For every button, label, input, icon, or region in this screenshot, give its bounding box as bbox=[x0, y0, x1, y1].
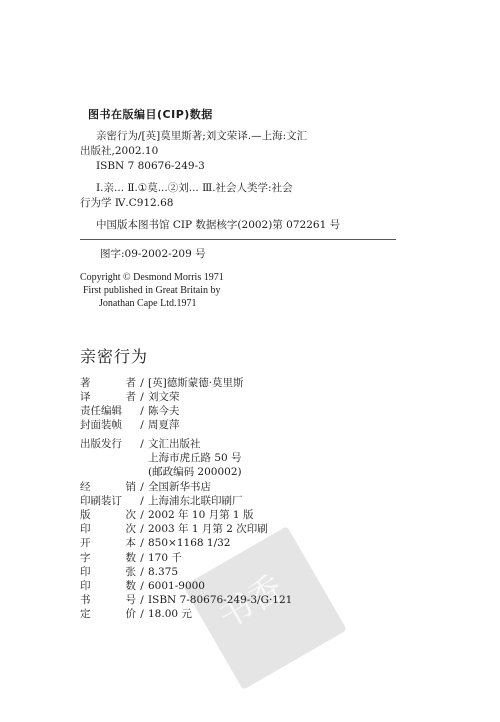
contract-number: 图字:09-2002-209 号 bbox=[100, 247, 206, 262]
detail-row: 印次/2003 年 1 月第 2 次印刷 bbox=[80, 522, 292, 536]
cip-line-2: 出版社,2002.10 bbox=[80, 144, 158, 159]
publisher-row: 出版发行/文汇出版社 bbox=[80, 437, 292, 451]
publisher-address: 上海市虎丘路 50 号 bbox=[80, 451, 292, 465]
divider-line bbox=[80, 239, 396, 240]
detail-row: 书号/ISBN 7-80676-249-3/G·121 bbox=[80, 593, 292, 607]
credit-row: 著者/[英]德斯蒙德·莫里斯 bbox=[80, 376, 244, 390]
cip-line-1: 亲密行为/[英]莫里斯著;刘文荣译.—上海:文汇 bbox=[96, 129, 307, 144]
credits-block: 著者/[英]德斯蒙德·莫里斯 译者/刘文荣 责任编辑/陈今夫 封面装帧/周夏萍 bbox=[80, 376, 244, 432]
detail-row: 印数/6001-9000 bbox=[80, 579, 292, 593]
publisher-label: 出版发行 bbox=[80, 437, 136, 451]
credit-value: [英]德斯蒙德·莫里斯 bbox=[148, 376, 244, 390]
credit-value: 刘文荣 bbox=[148, 390, 180, 404]
detail-row: 字数/170 千 bbox=[80, 551, 292, 565]
detail-row: 印刷装订/上海浦东北联印刷厂 bbox=[80, 494, 292, 508]
credit-label: 译者 bbox=[80, 390, 136, 404]
copyright-line-3: Jonathan Cape Ltd.1971 bbox=[99, 297, 196, 310]
copyright-line-2: First published in Great Britain by bbox=[83, 284, 221, 297]
credit-row: 译者/刘文荣 bbox=[80, 390, 244, 404]
detail-row: 版次/2002 年 10 月第 1 版 bbox=[80, 508, 292, 522]
credit-row: 责任编辑/陈今夫 bbox=[80, 404, 244, 418]
credit-value: 周夏萍 bbox=[148, 418, 180, 432]
cip-class-2: 行为学 Ⅳ.C912.68 bbox=[80, 196, 173, 211]
cip-class-1: Ⅰ.亲... Ⅱ.①莫...②刘... Ⅲ.社会人类学:社会 bbox=[96, 181, 293, 196]
book-title: 亲密行为 bbox=[80, 344, 148, 367]
cip-isbn: ISBN 7 80676-249-3 bbox=[96, 159, 205, 174]
detail-row: 经销/全国新华书店 bbox=[80, 480, 292, 494]
detail-row: 开本/850×1168 1/32 bbox=[80, 536, 292, 550]
cip-library-number: 中国版本图书馆 CIP 数据核字(2002)第 072261 号 bbox=[96, 218, 340, 233]
credit-label: 封面装帧 bbox=[80, 418, 136, 432]
credit-label: 著者 bbox=[80, 376, 136, 390]
detail-row: 印张/8.375 bbox=[80, 565, 292, 579]
publisher-name: 文汇出版社 bbox=[148, 437, 201, 451]
cip-title: 图书在版编目(CIP)数据 bbox=[88, 106, 213, 122]
publisher-postcode: (邮政编码 200002) bbox=[80, 465, 292, 479]
copyright-line-1: Copyright © Desmond Morris 1971 bbox=[80, 271, 224, 284]
credit-label: 责任编辑 bbox=[80, 404, 136, 418]
credit-value: 陈今夫 bbox=[148, 404, 180, 418]
publication-details: 出版发行/文汇出版社 上海市虎丘路 50 号 (邮政编码 200002) 经销/… bbox=[80, 437, 292, 622]
credit-row: 封面装帧/周夏萍 bbox=[80, 418, 244, 432]
detail-row: 定价/18.00 元 bbox=[80, 607, 292, 621]
